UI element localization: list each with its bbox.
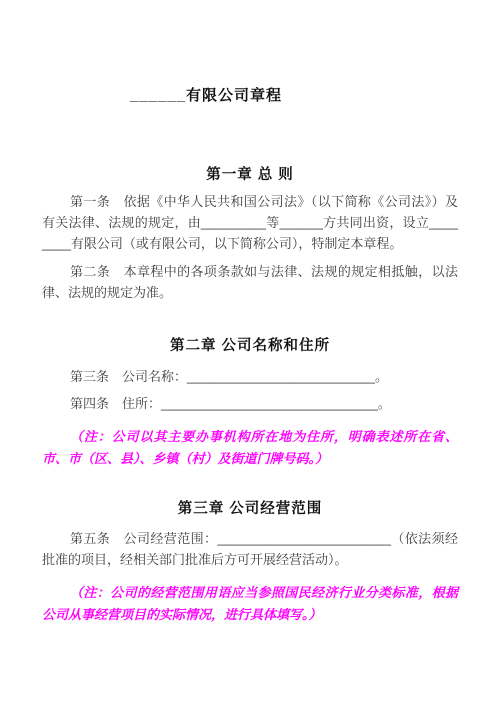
- document-title: ______有限公司章程: [130, 88, 458, 104]
- article-2: 第二条 本章程中的各项条款如与法律、法规的规定相抵触，以法律、法规的规定为准。: [42, 261, 458, 303]
- chapter-1-heading: 第一章 总 则: [42, 168, 458, 183]
- article-4: 第四条 住所：______________________________。: [42, 393, 458, 414]
- article-5: 第五条 公司经营范围：________________________（依法须经…: [42, 528, 458, 570]
- chapter-3-heading: 第三章 公司经营范围: [42, 502, 458, 517]
- chapter-2-note: （注：公司以其主要办事机构所在地为住所，明确表述所在省、市、市（区、县）、乡镇（…: [42, 426, 458, 470]
- document-page: ______有限公司章程 第一章 总 则 第一条 依据《中华人民共和国公司法》（…: [0, 0, 500, 708]
- chapter-2-heading: 第二章 公司名称和住所: [42, 339, 458, 354]
- chapter-3-note: （注：公司的经营范围用语应当参照国民经济行业分类标准，根据公司从事经营项目的实际…: [42, 582, 458, 626]
- article-1: 第一条 依据《中华人民共和国公司法》（以下简称《公司法》）及有关法律、法规的规定…: [42, 191, 458, 254]
- article-3: 第三条 公司名称：__________________________。: [42, 366, 458, 387]
